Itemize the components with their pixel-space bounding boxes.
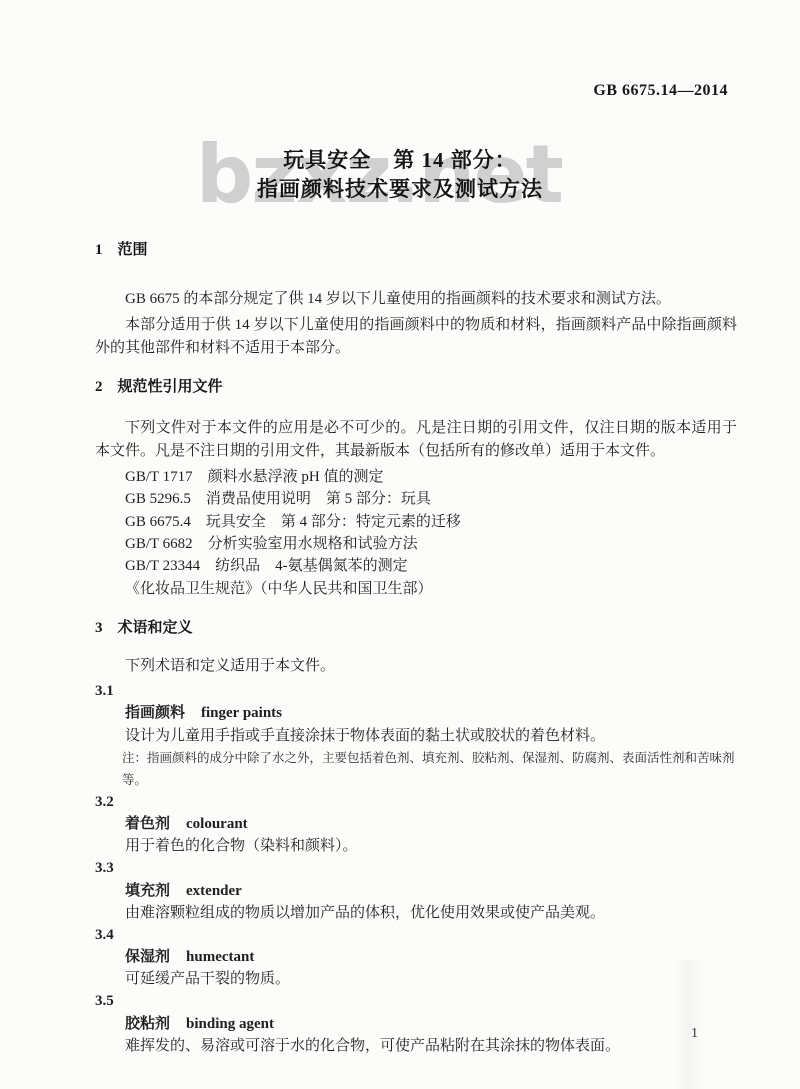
section-1-paragraph-1: GB 6675 的本部分规定了供 14 岁以下儿童使用的指画颜料的技术要求和测试… — [95, 288, 737, 310]
term-english: colourant — [186, 816, 248, 832]
section-2-heading: 2 规范性引用文件 — [95, 377, 737, 397]
reference-item: GB/T 6682 分析实验室用水规格和试验方法 — [95, 533, 737, 555]
term-title: 指画颜料finger paints — [95, 702, 737, 724]
term-title: 保湿剂humectant — [95, 946, 737, 968]
term-title: 胶粘剂binding agent — [95, 1013, 737, 1035]
reference-item: GB 6675.4 玩具安全 第 4 部分：特定元素的迁移 — [95, 511, 737, 533]
document-page: GB 6675.14—2014 bzxz.net 玩具安全 第 14 部分： 指… — [0, 0, 800, 1089]
section-3-heading: 3 术语和定义 — [95, 618, 737, 638]
reference-item: GB 5296.5 消费品使用说明 第 5 部分：玩具 — [95, 488, 737, 510]
terms-and-definitions: 3.1 指画颜料finger paints 设计为儿童用手指或手直接涂抹于物体表… — [95, 680, 737, 1057]
term-number: 3.1 — [95, 680, 737, 702]
reference-list: GB/T 1717 颜料水悬浮液 pH 值的测定 GB 5296.5 消费品使用… — [95, 466, 737, 600]
term-title: 着色剂colourant — [95, 813, 737, 835]
document-body: 1 范围 GB 6675 的本部分规定了供 14 岁以下儿童使用的指画颜料的技术… — [95, 240, 737, 1057]
term-number: 3.4 — [95, 924, 737, 946]
section-1-heading: 1 范围 — [95, 240, 737, 260]
section-2-paragraph-1: 下列文件对于本文件的应用是必不可少的。凡是注日期的引用文件，仅注日期的版本适用于… — [95, 417, 737, 462]
term-number: 3.2 — [95, 791, 737, 813]
term-english: extender — [186, 883, 242, 899]
term-chinese: 着色剂 — [125, 816, 170, 832]
section-1-paragraph-2: 本部分适用于供 14 岁以下儿童使用的指画颜料中的物质和材料，指画颜料产品中除指… — [95, 314, 737, 359]
document-title-line1: 玩具安全 第 14 部分： — [0, 146, 800, 175]
term-block-3-1: 3.1 指画颜料finger paints 设计为儿童用手指或手直接涂抹于物体表… — [95, 680, 737, 791]
term-english: humectant — [186, 949, 254, 965]
term-chinese: 保湿剂 — [125, 949, 170, 965]
term-definition: 设计为儿童用手指或手直接涂抹于物体表面的黏土状或胶状的着色材料。 — [95, 725, 737, 747]
term-chinese: 填充剂 — [125, 883, 170, 899]
document-title-line2: 指画颜料技术要求及测试方法 — [0, 175, 800, 204]
document-title: 玩具安全 第 14 部分： 指画颜料技术要求及测试方法 — [0, 146, 800, 204]
term-chinese: 指画颜料 — [125, 705, 185, 721]
term-definition: 由难溶颗粒组成的物质以增加产品的体积，优化使用效果或使产品美观。 — [95, 902, 737, 924]
section-3-intro: 下列术语和定义适用于本文件。 — [95, 655, 737, 677]
term-definition: 用于着色的化合物（染料和颜料）。 — [95, 835, 737, 857]
term-block-3-2: 3.2 着色剂colourant 用于着色的化合物（染料和颜料）。 — [95, 791, 737, 857]
term-title: 填充剂extender — [95, 880, 737, 902]
term-block-3-5: 3.5 胶粘剂binding agent 难挥发的、易溶或可溶于水的化合物，可使… — [95, 990, 737, 1056]
term-number: 3.5 — [95, 990, 737, 1012]
term-block-3-3: 3.3 填充剂extender 由难溶颗粒组成的物质以增加产品的体积，优化使用效… — [95, 857, 737, 923]
term-english: binding agent — [186, 1016, 274, 1032]
reference-item: GB/T 1717 颜料水悬浮液 pH 值的测定 — [95, 466, 737, 488]
term-chinese: 胶粘剂 — [125, 1016, 170, 1032]
term-note: 注：指画颜料的成分中除了水之外，主要包括着色剂、填充剂、胶粘剂、保湿剂、防腐剂、… — [95, 747, 737, 791]
reference-item: GB/T 23344 纺织品 4-氨基偶氮苯的测定 — [95, 555, 737, 577]
standard-code: GB 6675.14—2014 — [593, 82, 728, 100]
term-english: finger paints — [201, 705, 282, 721]
term-definition: 难挥发的、易溶或可溶于水的化合物，可使产品粘附在其涂抹的物体表面。 — [95, 1035, 737, 1057]
term-definition: 可延缓产品干裂的物质。 — [95, 968, 737, 990]
term-number: 3.3 — [95, 857, 737, 879]
reference-item: 《化妆品卫生规范》（中华人民共和国卫生部） — [95, 578, 737, 600]
term-block-3-4: 3.4 保湿剂humectant 可延缓产品干裂的物质。 — [95, 924, 737, 990]
